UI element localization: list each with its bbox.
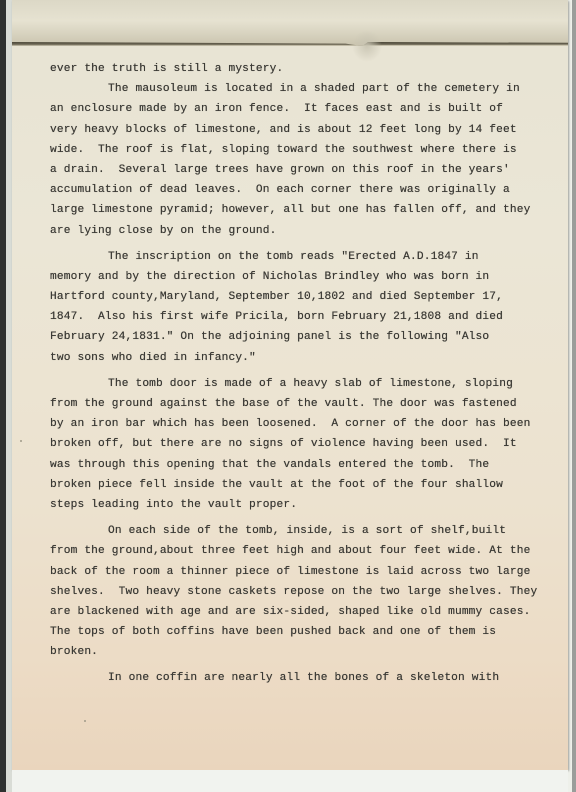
- text-line: was through this opening that the vandal…: [50, 455, 540, 475]
- text-line: from the ground against the base of the …: [50, 394, 540, 414]
- text-line: wide. The roof is flat, sloping toward t…: [50, 140, 540, 160]
- text-line: a drain. Several large trees have grown …: [50, 160, 540, 180]
- text-line: The inscription on the tomb reads "Erect…: [50, 247, 540, 267]
- text-line: back of the room a thinner piece of lime…: [50, 562, 540, 582]
- text-line: Hartford county,Maryland, September 10,1…: [50, 287, 540, 307]
- text-line: are lying close by on the ground.: [50, 221, 540, 241]
- fold-crease: [352, 30, 382, 62]
- text-line: steps leading into the vault proper.: [50, 495, 540, 515]
- text-line: broken piece fell inside the vault at th…: [50, 475, 540, 495]
- folded-top-edge: [12, 0, 568, 46]
- paper-speck: [20, 440, 22, 442]
- text-line: an enclosure made by an iron fence. It f…: [50, 99, 540, 119]
- typewritten-body: ever the truth is still a mystery. The m…: [50, 59, 540, 689]
- text-line: by an iron bar which has been loosened. …: [50, 414, 540, 434]
- text-line: broken.: [50, 642, 540, 662]
- text-line: 1847. Also his first wife Pricila, born …: [50, 307, 540, 327]
- text-line: The mausoleum is located in a shaded par…: [50, 79, 540, 99]
- text-line: On each side of the tomb, inside, is a s…: [50, 521, 540, 541]
- text-line: shelves. Two heavy stone caskets repose …: [50, 582, 540, 602]
- scan-bottom-margin: [12, 770, 568, 792]
- text-line: are blackened with age and are six-sided…: [50, 602, 540, 622]
- text-line: The tomb door is made of a heavy slab of…: [50, 374, 540, 394]
- text-line: large limestone pyramid; however, all bu…: [50, 200, 540, 220]
- text-line: In one coffin are nearly all the bones o…: [50, 668, 540, 688]
- paper-speck: [84, 720, 86, 722]
- text-line: The tops of both coffins have been pushe…: [50, 622, 540, 642]
- text-line: February 24,1831." On the adjoining pane…: [50, 327, 540, 347]
- text-line: ever the truth is still a mystery.: [50, 59, 540, 79]
- text-line: from the ground,about three feet high an…: [50, 541, 540, 561]
- text-line: broken off, but there are no signs of vi…: [50, 434, 540, 454]
- text-line: accumulation of dead leaves. On each cor…: [50, 180, 540, 200]
- text-line: memory and by the direction of Nicholas …: [50, 267, 540, 287]
- text-line: two sons who died in infancy.": [50, 348, 540, 368]
- text-line: very heavy blocks of limestone, and is a…: [50, 120, 540, 140]
- scan-right-edge: [572, 0, 576, 792]
